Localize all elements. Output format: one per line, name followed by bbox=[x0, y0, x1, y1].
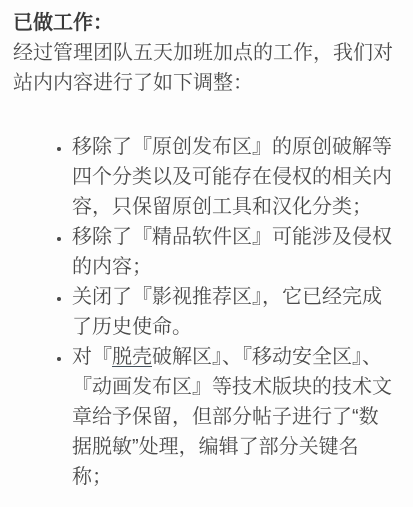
list-item-text: 移除了『原创发布区』的原创破解等四个分类以及可能存在侵权的相关内容，只保留原创工… bbox=[72, 136, 392, 218]
list-item-text: 移除了『精品软件区』可能涉及侵权的内容； bbox=[72, 226, 392, 278]
page-title: 已做工作： bbox=[13, 8, 398, 38]
list-item-removed-premium-software-zone: 移除了『精品软件区』可能涉及侵权的内容； bbox=[72, 222, 398, 282]
intro-paragraph: 经过管理团队五天加班加点的工作，我们对站内内容进行了如下调整： bbox=[13, 38, 398, 98]
underlined-term: 脱壳 bbox=[112, 346, 152, 368]
adjustments-bullet-list: 移除了『原创发布区』的原创破解等四个分类以及可能存在侵权的相关内容，只保留原创工… bbox=[13, 132, 398, 492]
list-item-retained-technical-sections: 对『脱壳破解区』、『移动安全区』、『动画发布区』等技术版块的技术文章给予保留，但… bbox=[72, 342, 398, 492]
announcement-document: 已做工作： 经过管理团队五天加班加点的工作，我们对站内内容进行了如下调整： 移除… bbox=[0, 0, 413, 507]
list-item-text-prefix: 对『 bbox=[72, 346, 112, 368]
list-item-text: 关闭了『影视推荐区』，它已经完成了历史使命。 bbox=[72, 286, 382, 338]
list-item-removed-original-release-zone: 移除了『原创发布区』的原创破解等四个分类以及可能存在侵权的相关内容，只保留原创工… bbox=[72, 132, 398, 222]
list-item-closed-movie-recommendation-zone: 关闭了『影视推荐区』，它已经完成了历史使命。 bbox=[72, 282, 398, 342]
